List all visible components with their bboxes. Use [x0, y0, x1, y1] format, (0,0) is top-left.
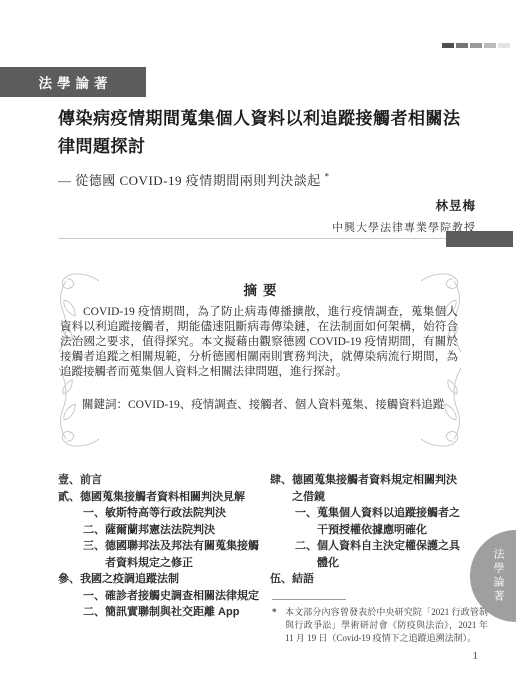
author-block: 林昱梅 中興大學法律專業學院教授 [332, 196, 476, 235]
abstract-keywords: 關鍵詞：COVID-19、疫情調查、接觸者、個人資料蒐集、接觸資料追蹤 [82, 396, 462, 412]
category-tab: 法學論著 [0, 67, 146, 97]
article-subtitle: — 從德國 COVID-19 疫情期間兩則判決談起 * [58, 170, 478, 189]
toc-item-number: 一、 [295, 505, 317, 538]
subtitle-note-mark: * [325, 172, 330, 182]
footnote-text: 本文部分內容曾發表於中央研究院「2021 行政管制與行政爭訟」學術研討會《防疫與… [285, 606, 488, 645]
toc-item-text: 個人資料自主決定權保護之具體化 [317, 538, 466, 571]
toc-item-number: 三、 [83, 538, 105, 571]
gradient-square [456, 43, 468, 48]
toc-item-text: 結語 [292, 571, 466, 588]
toc-item: 一、 蒐集個人資料以追蹤接觸者之干預授權依據應明確化 [295, 505, 466, 538]
toc-item-text: 德國蒐集接觸者資料相關判決見解 [80, 489, 266, 506]
side-tab-label: 法學論著 [490, 548, 506, 604]
gradient-square [484, 43, 496, 48]
gradient-square [470, 43, 482, 48]
toc-item-text: 蒐集個人資料以追蹤接觸者之干預授權依據應明確化 [317, 505, 466, 538]
toc-item-text: 我國之疫調追蹤法制 [80, 571, 266, 588]
gradient-squares [442, 43, 510, 48]
toc-item: 二、 薩爾蘭邦憲法法院判決 [83, 522, 266, 539]
toc-item-text: 前言 [80, 472, 266, 489]
toc-item: 二、 個人資料自主決定權保護之具體化 [295, 538, 466, 571]
toc-item: 一、 確診者接觸史調查相關法律規定 [83, 588, 266, 605]
page-number: 1 [473, 650, 479, 662]
toc-item-text: 薩爾蘭邦憲法法院判決 [105, 522, 266, 539]
subtitle-text: — 從德國 COVID-19 疫情期間兩則判決談起 [58, 173, 321, 188]
toc-item-number: 一、 [83, 588, 105, 605]
toc-right-column: 肆、 德國蒐集接觸者資料規定相關判決之借鏡 一、 蒐集個人資料以追蹤接觸者之干預… [270, 472, 466, 588]
divider-line [58, 238, 446, 239]
footnote-rule [272, 599, 346, 600]
toc-item: 參、 我國之疫調追蹤法制 [58, 571, 266, 588]
category-tab-label: 法學論著 [34, 72, 113, 92]
toc-item-text: 德國蒐集接觸者資料規定相關判決之借鏡 [292, 472, 466, 505]
footnote-marker: * [272, 606, 285, 645]
article-title: 傳染病疫情期間蒐集個人資料以利追蹤接觸者相關法律問題探討 [58, 105, 466, 161]
toc-item-number: 參、 [58, 571, 80, 588]
gradient-square [498, 43, 510, 48]
toc-item: 二、 簡訊實聯制與社交距離 App [83, 604, 266, 621]
toc-item: 一、 敏斯特高等行政法院判決 [83, 505, 266, 522]
toc-item-number: 肆、 [270, 472, 292, 505]
toc-item-number: 貳、 [58, 489, 80, 506]
journal-page: 法學論著 傳染病疫情期間蒐集個人資料以利追蹤接觸者相關法律問題探討 — 從德國 … [0, 0, 516, 700]
toc-item: 伍、 結語 [270, 571, 466, 588]
footnote: * 本文部分內容曾發表於中央研究院「2021 行政管制與行政爭訟」學術研討會《防… [272, 606, 488, 645]
toc-left-column: 壹、 前言 貳、 德國蒐集接觸者資料相關判決見解 一、 敏斯特高等行政法院判決 … [58, 472, 266, 621]
toc-item-number: 伍、 [270, 571, 292, 588]
toc-item: 三、 德國聯邦法及邦法有關蒐集接觸者資料規定之修正 [83, 538, 266, 571]
divider-accent-block [446, 231, 513, 247]
toc-item-number: 一、 [83, 505, 105, 522]
toc-item-text: 敏斯特高等行政法院判決 [105, 505, 266, 522]
toc-item-number: 二、 [295, 538, 317, 571]
toc-item: 肆、 德國蒐集接觸者資料規定相關判決之借鏡 [270, 472, 466, 505]
toc-item-text: 確診者接觸史調查相關法律規定 [105, 588, 266, 605]
toc-item: 貳、 德國蒐集接觸者資料相關判決見解 [58, 489, 266, 506]
toc-item-text: 德國聯邦法及邦法有關蒐集接觸者資料規定之修正 [105, 538, 266, 571]
abstract-body: COVID-19 疫情期間，為了防止病毒傳播擴散，進行疫情調查，蒐集個人資料以利… [60, 305, 458, 380]
toc-item-number: 二、 [83, 604, 105, 621]
toc-item-number: 二、 [83, 522, 105, 539]
abstract-heading: 摘要 [55, 279, 465, 299]
author-name: 林昱梅 [332, 196, 476, 214]
toc-item-number: 壹、 [58, 472, 80, 489]
toc-item: 壹、 前言 [58, 472, 266, 489]
gradient-square [442, 43, 454, 48]
toc-item-text: 簡訊實聯制與社交距離 App [105, 604, 266, 621]
